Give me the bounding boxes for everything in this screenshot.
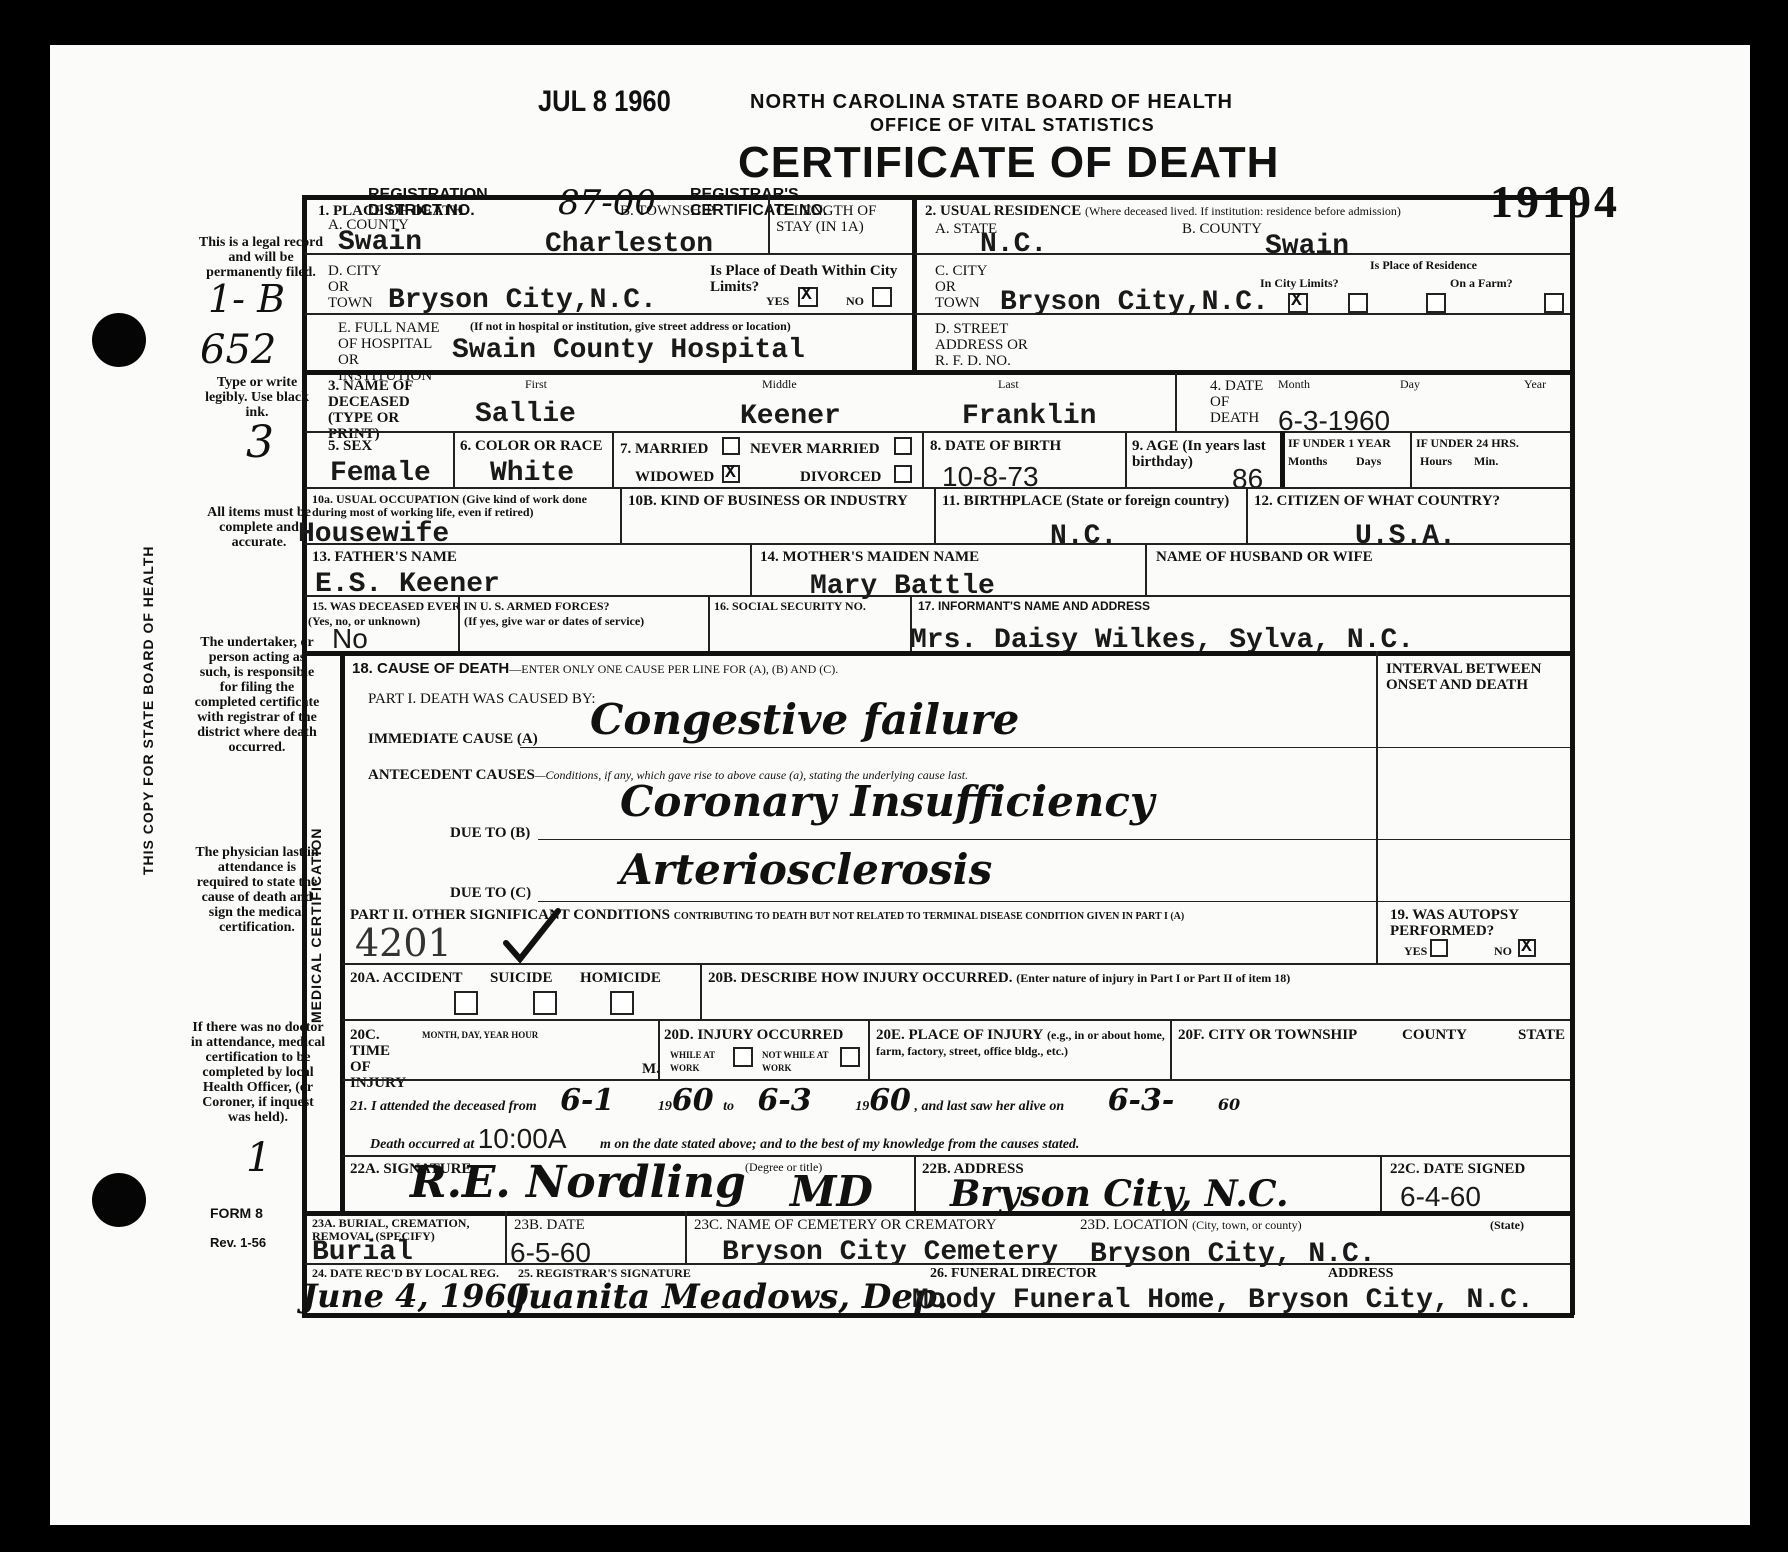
res-county-label: b. COUNTY bbox=[1182, 221, 1262, 237]
res-state[interactable]: N.C. bbox=[980, 229, 1047, 260]
first-name[interactable]: Sallie bbox=[475, 399, 576, 430]
length-of-stay-label: c. LENGTH OF STAY (in 1a) bbox=[776, 203, 906, 235]
row-line-20c bbox=[343, 1079, 1570, 1081]
divider-11-12 bbox=[1246, 487, 1248, 543]
part1-label: PART I. DEATH WAS CAUSED BY: bbox=[368, 691, 595, 707]
row-line-10 bbox=[305, 543, 1570, 545]
mother-label: 14. MOTHER'S MAIDEN NAME bbox=[760, 549, 979, 565]
on-farm-no-checkbox[interactable] bbox=[1544, 293, 1564, 313]
sex-value[interactable]: Female bbox=[330, 458, 431, 489]
divider-23a-23b bbox=[505, 1211, 507, 1263]
autopsy-label: 19. WAS AUTOPSY PERFORMED? bbox=[1390, 907, 1560, 939]
usual-residence-label: 2. USUAL RESIDENCE (Where deceased lived… bbox=[925, 203, 1565, 219]
divider-10a-10b bbox=[620, 487, 622, 543]
never-married-label: NEVER MARRIED bbox=[750, 441, 880, 457]
sex-label: 5. SEX bbox=[328, 438, 372, 454]
last-saw-date[interactable]: 6-3- bbox=[1108, 1083, 1175, 1118]
on-farm-yes-checkbox[interactable] bbox=[1426, 293, 1446, 313]
death-township[interactable]: Charleston bbox=[545, 229, 713, 260]
injury-county-label: COUNTY bbox=[1402, 1027, 1467, 1043]
certificate-number: 19194 bbox=[1490, 175, 1620, 228]
location-state-label: (State) bbox=[1490, 1219, 1524, 1232]
row-line-5 bbox=[305, 487, 1570, 489]
suicide-label: SUICIDE bbox=[490, 970, 553, 986]
citizen-label: 12. CITIZEN OF WHAT COUNTRY? bbox=[1254, 493, 1500, 509]
row-line-3 bbox=[305, 431, 1570, 433]
township-label: b. TOWNSHIP bbox=[620, 203, 714, 219]
divider-22b-22c bbox=[1380, 1155, 1382, 1211]
legal-record-note: This is a legal record and will be perma… bbox=[192, 235, 330, 280]
suicide-checkbox[interactable] bbox=[533, 991, 557, 1015]
in-city-limits-label: In City Limits? bbox=[1260, 277, 1339, 290]
within-limits-yes-label: YES bbox=[766, 295, 789, 308]
res-city[interactable]: Bryson City,N.C. bbox=[1000, 287, 1269, 318]
handwritten-code-3: 3 bbox=[246, 417, 274, 468]
divider-birth-age bbox=[1125, 431, 1127, 487]
autopsy-yes-label: YES bbox=[1404, 945, 1427, 958]
punch-hole-top bbox=[92, 313, 146, 367]
death-occurred-label: Death occurred at bbox=[370, 1137, 474, 1152]
spouse-label: NAME OF HUSBAND OR WIFE bbox=[1156, 549, 1373, 565]
attended-to[interactable]: 6-3 bbox=[757, 1083, 811, 1118]
institution-note: (If not in hospital or institution, give… bbox=[470, 320, 791, 333]
immediate-cause-value[interactable]: Congestive failure bbox=[590, 695, 1019, 744]
due-to-c-label: DUE TO (c) bbox=[450, 885, 531, 901]
death-occurred-row: Death occurred at 10:00A m on the date s… bbox=[370, 1123, 1079, 1155]
handwritten-code-4: 1 bbox=[246, 1135, 271, 1181]
city-label: d. CITY OR TOWN bbox=[328, 263, 388, 311]
vertical-copy-label: THIS COPY FOR STATE BOARD OF HEALTH bbox=[140, 545, 156, 875]
due-to-c-line bbox=[538, 901, 1570, 902]
row-line-23 bbox=[305, 1263, 1570, 1265]
divider-age-under bbox=[1280, 431, 1285, 487]
place-injury-label: 20e. PLACE OF INJURY (e.g., in or about … bbox=[876, 1027, 1166, 1059]
office-name: OFFICE OF VITAL STATISTICS bbox=[870, 115, 1155, 136]
not-while-at-work-label: NOT WHILE AT WORK bbox=[762, 1049, 832, 1075]
res-city-label: c. CITY OR TOWN bbox=[935, 263, 995, 311]
row-line-section-2 bbox=[305, 651, 1570, 656]
funeral-director[interactable]: Moody Funeral Home, Bryson City, N.C. bbox=[912, 1285, 1534, 1316]
divider-sex-race bbox=[453, 431, 455, 487]
agency-name: NORTH CAROLINA STATE BOARD OF HEALTH bbox=[750, 91, 1233, 114]
widowed-label: WIDOWED bbox=[635, 469, 714, 485]
institution-label: e. FULL NAME OF HOSPITAL OR INSTITUTION bbox=[338, 320, 448, 384]
mother-name[interactable]: Mary Battle bbox=[810, 571, 995, 602]
death-city[interactable]: Bryson City,N.C. bbox=[388, 285, 657, 316]
physician-address[interactable]: Bryson City, N.C. bbox=[950, 1173, 1288, 1215]
punch-hole-bottom bbox=[92, 1173, 146, 1227]
within-limits-yes-checkbox[interactable] bbox=[798, 287, 818, 307]
location-label: 23d. LOCATION (City, town, or county) bbox=[1080, 1217, 1302, 1233]
year-label: Year bbox=[1524, 378, 1546, 391]
funeral-address-label: ADDRESS bbox=[1328, 1267, 1393, 1280]
attended-from[interactable]: 6-1 bbox=[560, 1083, 614, 1118]
form-label: FORM 8 bbox=[210, 1205, 263, 1221]
autopsy-yes-checkbox[interactable] bbox=[1430, 939, 1448, 957]
year-prefix-2: 19 bbox=[855, 1099, 869, 1114]
within-limits-no-checkbox[interactable] bbox=[872, 287, 892, 307]
physician-signature[interactable]: R.E. Nordling bbox=[410, 1157, 746, 1208]
time-injury-cols: MONTH, DAY, YEAR HOUR bbox=[422, 1029, 538, 1042]
middle-name-label: Middle bbox=[762, 378, 797, 391]
form-top-border bbox=[302, 195, 1574, 200]
institution-name[interactable]: Swain County Hospital bbox=[452, 335, 805, 366]
interval-label: INTERVAL BETWEEN ONSET AND DEATH bbox=[1386, 661, 1566, 693]
in-city-limits-yes-checkbox[interactable] bbox=[1288, 293, 1308, 313]
page-title: CERTIFICATE OF DEATH bbox=[738, 138, 1279, 188]
row-line-20a bbox=[343, 1019, 1570, 1021]
divider-20a-20b bbox=[700, 963, 702, 1019]
due-to-c-value[interactable]: Arteriosclerosis bbox=[620, 845, 992, 894]
received-stamp: JUL 8 1960 bbox=[538, 85, 671, 119]
divider-name-date bbox=[1175, 373, 1177, 431]
divider-autopsy bbox=[1376, 901, 1378, 963]
due-to-b-value[interactable]: Coronary Insufficiency bbox=[620, 777, 1154, 826]
divider-20d-20e bbox=[868, 1019, 870, 1079]
hours-label: Hours bbox=[1420, 455, 1452, 468]
cemetery-label: 23c. NAME OF CEMETERY OR CREMATORY bbox=[694, 1217, 997, 1233]
divider-22a-22b bbox=[914, 1155, 916, 1211]
accident-checkbox[interactable] bbox=[454, 991, 478, 1015]
divorced-label: DIVORCED bbox=[800, 469, 881, 485]
occupation-label: 10a. USUAL OCCUPATION (Give kind of work… bbox=[312, 493, 617, 519]
divider-10b-11 bbox=[934, 487, 936, 543]
first-name-label: First bbox=[525, 378, 547, 391]
row-line-13 bbox=[305, 595, 1570, 597]
birth-date-label: 8. DATE OF BIRTH bbox=[930, 438, 1061, 454]
homicide-label: HOMICIDE bbox=[580, 970, 661, 986]
time-injury-m: M. bbox=[642, 1061, 660, 1077]
row-line-section-3 bbox=[305, 1211, 1570, 1216]
armed-forces-label: 15. WAS DECEASED EVER IN U. S. ARMED FOR… bbox=[312, 600, 610, 613]
months-label: Months bbox=[1288, 455, 1327, 468]
min-label: Min. bbox=[1474, 455, 1498, 468]
cause-of-death-label: 18. CAUSE OF DEATH—ENTER ONLY ONE CAUSE … bbox=[352, 661, 838, 677]
while-at-work-label: WHILE AT WORK bbox=[670, 1049, 730, 1075]
part2-label: PART II. OTHER SIGNIFICANT CONDITIONS CO… bbox=[350, 907, 1184, 925]
married-checkbox[interactable] bbox=[722, 437, 740, 455]
days-label: Days bbox=[1356, 455, 1381, 468]
immediate-cause-line bbox=[520, 747, 1570, 748]
within-limits-no-label: NO bbox=[846, 295, 864, 308]
place-of-residence-label: Is Place of Residence bbox=[1370, 259, 1477, 272]
year-prefix-1: 19 bbox=[658, 1099, 672, 1114]
informant-label: 17. INFORMANT'S NAME AND ADDRESS bbox=[918, 600, 1150, 613]
divider-13-14 bbox=[750, 543, 752, 595]
injury-desc-label: 20b. DESCRIBE HOW INJURY OCCURRED. (Ente… bbox=[708, 970, 1290, 986]
divider-23b-23c bbox=[685, 1211, 687, 1263]
divider-20e-20f bbox=[1170, 1019, 1172, 1079]
widowed-checkbox[interactable] bbox=[722, 465, 740, 483]
last-saw-year[interactable]: 60 bbox=[1218, 1095, 1240, 1114]
not-while-at-work-checkbox[interactable] bbox=[840, 1047, 860, 1067]
married-label: 7. MARRIED bbox=[620, 441, 708, 457]
under-24-hrs-label: IF UNDER 24 HRS. bbox=[1416, 437, 1519, 450]
burial-date-label: 23b. DATE bbox=[514, 1217, 585, 1233]
divider-interval bbox=[1376, 651, 1378, 933]
divider-under1-under24 bbox=[1410, 431, 1412, 487]
armed-forces-note-2: (If yes, give war or dates of service) bbox=[464, 615, 644, 628]
type-legibly-note: Type or write legibly. Use black ink. bbox=[202, 375, 312, 420]
occupation-value[interactable]: Housewife bbox=[298, 519, 449, 550]
date-signed[interactable]: 6-4-60 bbox=[1400, 1181, 1481, 1213]
degree-value[interactable]: MD bbox=[790, 1167, 873, 1216]
to-label: to bbox=[723, 1099, 734, 1114]
on-farm-label: On a Farm? bbox=[1450, 277, 1513, 290]
death-county[interactable]: Swain bbox=[338, 227, 422, 258]
death-occurred-tail: m on the date stated above; and to the b… bbox=[600, 1137, 1079, 1152]
divider-14-spouse bbox=[1145, 543, 1147, 595]
street-address-label: d. STREET ADDRESS or R. F. D. NO. bbox=[935, 321, 1045, 369]
certificate-page: JUL 8 1960 NORTH CAROLINA STATE BOARD OF… bbox=[50, 45, 1750, 1525]
due-to-b-label: DUE TO (b) bbox=[450, 825, 530, 841]
form-right-border bbox=[1570, 195, 1575, 1315]
attended-to-year[interactable]: 60 bbox=[869, 1083, 911, 1118]
rev-label: Rev. 1-56 bbox=[210, 1235, 266, 1250]
divider-race-marital bbox=[612, 431, 614, 487]
handwritten-code-2: 652 bbox=[200, 327, 276, 373]
city-township-label: 20f. CITY OR TOWNSHIP bbox=[1178, 1027, 1357, 1043]
attended-text: 21. I attended the deceased from bbox=[350, 1099, 537, 1114]
father-label: 13. FATHER'S NAME bbox=[312, 549, 457, 565]
funeral-director-label: 26. FUNERAL DIRECTOR bbox=[930, 1267, 1097, 1280]
birthplace-label: 11. BIRTHPLACE (State or foreign country… bbox=[942, 493, 1229, 509]
in-city-limits-no-checkbox[interactable] bbox=[1348, 293, 1368, 313]
divider-1b-1c bbox=[768, 195, 770, 253]
row-line-section-1 bbox=[305, 370, 1570, 375]
date-recd[interactable]: June 4, 1960 bbox=[302, 1277, 529, 1315]
divider-marital-birth bbox=[922, 431, 924, 487]
birthplace-value[interactable]: N.C. bbox=[1050, 521, 1117, 552]
under-1-year-label: IF UNDER 1 YEAR bbox=[1288, 437, 1391, 450]
month-label: Month bbox=[1278, 378, 1310, 391]
divider-1-2 bbox=[912, 195, 917, 370]
death-time[interactable]: 10:00A bbox=[478, 1123, 567, 1154]
res-county[interactable]: Swain bbox=[1265, 231, 1349, 262]
row-line-part2 bbox=[343, 963, 1570, 965]
checkmark-icon bbox=[502, 905, 562, 965]
last-name[interactable]: Franklin bbox=[962, 401, 1096, 432]
day-label: Day bbox=[1400, 378, 1420, 391]
while-at-work-checkbox[interactable] bbox=[733, 1047, 753, 1067]
ssn-label: 16. SOCIAL SECURITY NO. bbox=[714, 600, 866, 613]
autopsy-no-label: NO bbox=[1494, 945, 1512, 958]
race-label: 6. COLOR OR RACE bbox=[460, 438, 603, 454]
form-bottom-border bbox=[302, 1313, 1574, 1318]
time-injury-label: 20c. TIME OF INJURY bbox=[350, 1027, 410, 1091]
middle-name[interactable]: Keener bbox=[740, 401, 841, 432]
part2-code[interactable]: 4201 bbox=[355, 921, 452, 965]
never-married-checkbox[interactable] bbox=[894, 437, 912, 455]
date-signed-label: 22c. DATE SIGNED bbox=[1390, 1161, 1525, 1177]
death-date-label: 4. DATE OF DEATH bbox=[1210, 378, 1270, 426]
autopsy-no-checkbox[interactable] bbox=[1518, 939, 1536, 957]
divider-15-16 bbox=[708, 595, 710, 651]
business-label: 10b. KIND OF BUSINESS OR INDUSTRY bbox=[628, 493, 908, 509]
homicide-checkbox[interactable] bbox=[610, 991, 634, 1015]
handwritten-code-1: 1- B bbox=[208, 277, 285, 321]
attended-row: 21. I attended the deceased from 6-1 196… bbox=[350, 1083, 1568, 1123]
registrar-signature[interactable]: Juanita Meadows, Dep. bbox=[512, 1277, 949, 1317]
last-name-label: Last bbox=[998, 378, 1019, 391]
divorced-checkbox[interactable] bbox=[894, 465, 912, 483]
attended-from-year[interactable]: 60 bbox=[672, 1083, 714, 1118]
due-to-b-line bbox=[538, 839, 1570, 840]
injury-occurred-label: 20d. INJURY OCCURRED bbox=[664, 1027, 843, 1043]
immediate-cause-label: IMMEDIATE CAUSE (a) bbox=[368, 731, 538, 747]
medical-certification-label: MEDICAL CERTIFICATION bbox=[308, 828, 324, 1023]
last-saw-text: , and last saw her alive on bbox=[914, 1099, 1064, 1114]
injury-state-label: STATE bbox=[1518, 1027, 1565, 1043]
form-left-border bbox=[302, 195, 307, 1315]
citizen-value[interactable]: U.S.A. bbox=[1355, 521, 1456, 552]
medical-inner-border bbox=[340, 651, 345, 1211]
accident-label: 20a. ACCIDENT bbox=[350, 970, 463, 986]
race-value[interactable]: White bbox=[490, 458, 574, 489]
